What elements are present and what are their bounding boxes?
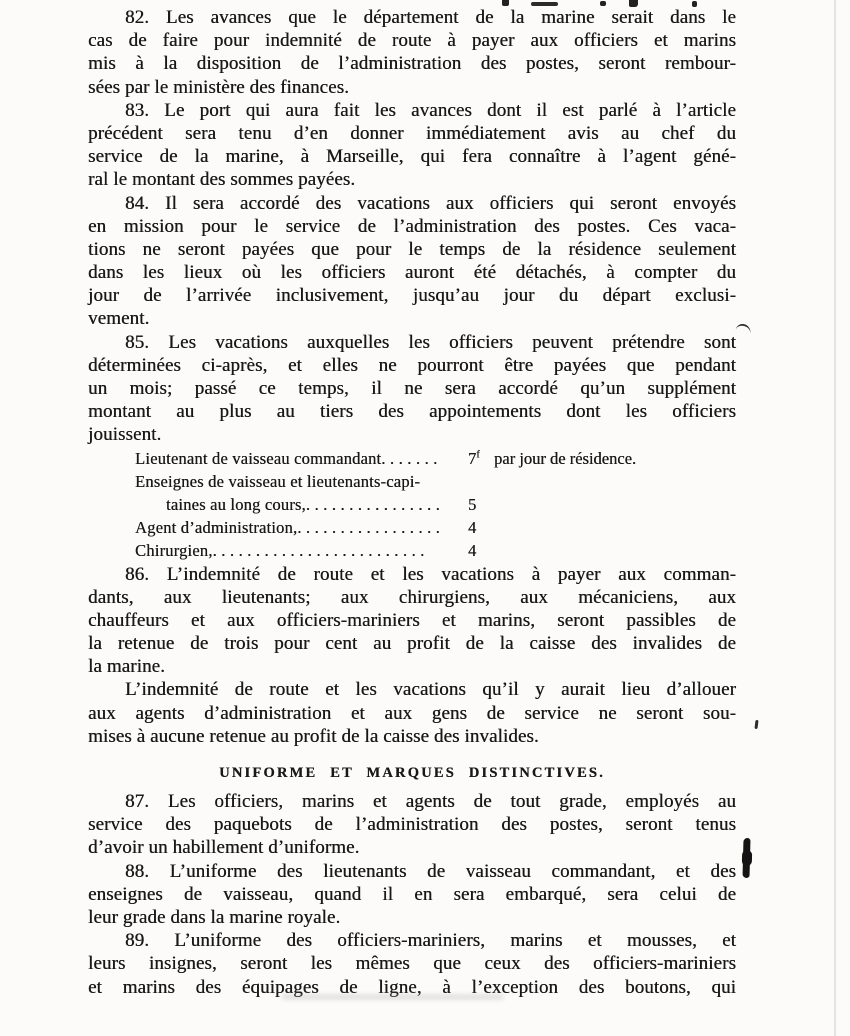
text-line: un mois; passé ce temps, il ne sera acco…	[88, 377, 736, 400]
text-line: leur grade dans la marine royale.	[88, 906, 736, 929]
text-line: service de la marine, à Marseille, qui f…	[88, 145, 736, 168]
text-line: en mission pour le service de l’administ…	[88, 215, 736, 238]
franc-superscript: f	[476, 449, 480, 460]
article-88: 88. L’uniforme des lieutenants de vaisse…	[88, 860, 736, 930]
rank-label: Lieutenant de vaisseau commandant. . . .…	[88, 447, 736, 470]
text-line: sées par le ministère des finances.	[88, 76, 736, 99]
rank-label: Agent d’administration,. . . . . . . . .…	[88, 516, 736, 539]
scanned-document-page: { "page": { "background": "#fcfbf9", "te…	[0, 0, 850, 1036]
text-line: vement.	[88, 307, 736, 330]
vacation-rates-table: Lieutenant de vaisseau commandant. . . .…	[88, 447, 736, 563]
text-line: jour de l’arrivée inclusivement, jusqu’a…	[88, 284, 736, 307]
text-line: 88. L’uniforme des lieutenants de vaisse…	[88, 860, 736, 883]
text-line: 83. Le port qui aura fait les avances do…	[88, 99, 736, 122]
rank-label: Chirurgien,. . . . . . . . . . . . . . .…	[88, 539, 736, 562]
table-row: Lieutenant de vaisseau commandant. . . .…	[88, 447, 736, 470]
text-line: 86. L’indemnité de route et les vacation…	[88, 563, 736, 586]
section-heading: UNIFORME ET MARQUES DISTINCTIVES.	[88, 762, 736, 785]
article-82: 82. Les avances que le département de la…	[88, 6, 736, 99]
table-row: Enseignes de vaisseau et lieutenants-cap…	[88, 470, 736, 493]
text-line: tions ne seront payées que pour le temps…	[88, 238, 736, 261]
text-line: mises à aucune retenue au profit de la c…	[88, 725, 736, 748]
rate-value: 4	[468, 539, 476, 562]
text-line: la retenue de trois pour cent au profit …	[88, 632, 736, 655]
table-row: Agent d’administration,. . . . . . . . .…	[88, 516, 736, 539]
text-line: précédent sera tenu d’en donner immédiat…	[88, 122, 736, 145]
text-line: 87. Les officiers, marins et agents de t…	[88, 790, 736, 813]
text-line: leurs insignes, seront les mêmes que ceu…	[88, 952, 736, 975]
text-line: enseignes de vaisseau, quand il en sera …	[88, 883, 736, 906]
text-line: dans les lieux où les officiers auront é…	[88, 261, 736, 284]
text-line: la marine.	[88, 655, 736, 678]
indemnity-exemption-paragraph: L’indemnité de route et les vacations qu…	[88, 678, 736, 748]
table-row: Chirurgien,. . . . . . . . . . . . . . .…	[88, 539, 736, 562]
text-line: d’avoir un habillement d’uniforme.	[88, 836, 736, 859]
bleedthrough-smudge	[282, 994, 504, 1000]
text-line: 89. L’uniforme des officiers-mariniers, …	[88, 929, 736, 952]
article-87: 87. Les officiers, marins et agents de t…	[88, 790, 736, 860]
article-84: 84. Il sera accordé des vacations aux of…	[88, 192, 736, 331]
text-line: montant au plus au tiers des appointemen…	[88, 400, 736, 423]
page-edge-line	[834, 0, 836, 1036]
text-line: cas de faire pour indemnité de route à p…	[88, 29, 736, 52]
text-block: 82. Les avances que le département de la…	[88, 6, 736, 999]
text-line: 82. Les avances que le département de la…	[88, 6, 736, 29]
text-line: dants, aux lieutenants; aux chirurgiens,…	[88, 586, 736, 609]
text-line: chauffeurs et aux officiers-mariniers et…	[88, 609, 736, 632]
text-line: 85. Les vacations auxquelles les officie…	[88, 331, 736, 354]
rate-value: 5	[468, 493, 476, 516]
text-line: ral le montant des sommes payées.	[88, 168, 736, 191]
table-row: taines au long cours,. . . . . . . . . .…	[88, 493, 736, 516]
text-line: mis à la disposition de l’administration…	[88, 52, 736, 75]
text-line: aux agents d’administration et aux gens …	[88, 702, 736, 725]
article-83: 83. Le port qui aura fait les avances do…	[88, 99, 736, 192]
article-86: 86. L’indemnité de route et les vacation…	[88, 563, 736, 679]
rank-label: taines au long cours,. . . . . . . . . .…	[88, 493, 736, 516]
article-89: 89. L’uniforme des officiers-mariniers, …	[88, 929, 736, 999]
text-line: 84. Il sera accordé des vacations aux of…	[88, 192, 736, 215]
rate-value: 7f	[468, 447, 480, 470]
text-line: service des paquebots de l’administratio…	[88, 813, 736, 836]
ink-blot-mark	[742, 838, 750, 878]
article-85: 85. Les vacations auxquelles les officie…	[88, 331, 736, 447]
text-line: L’indemnité de route et les vacations qu…	[88, 678, 736, 701]
text-line: jouissent.	[88, 423, 736, 446]
rate-value: 4	[468, 516, 476, 539]
rate-note: par jour de résidence.	[494, 447, 636, 470]
stray-apostrophe-mark	[754, 720, 758, 729]
text-line: déterminées ci-après, et elles ne pourro…	[88, 354, 736, 377]
rank-label: Enseignes de vaisseau et lieutenants-cap…	[88, 470, 736, 493]
stray-accent-mark	[735, 323, 751, 334]
